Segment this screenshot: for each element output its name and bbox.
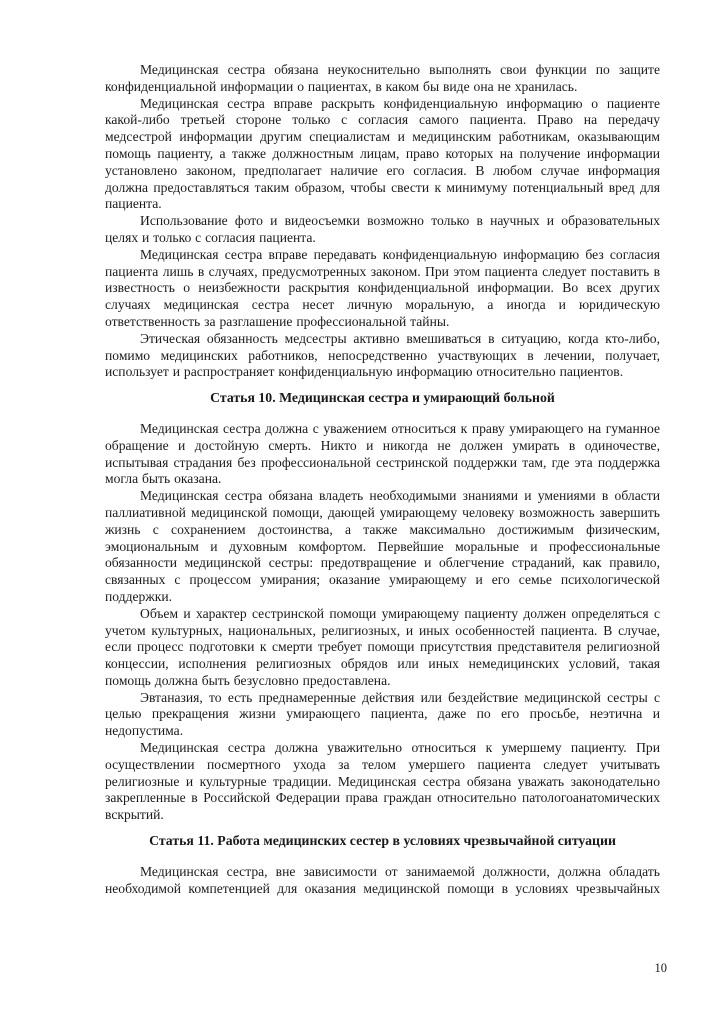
page-number: 10	[655, 961, 668, 976]
paragraph: Медицинская сестра должна уважительно от…	[105, 740, 660, 824]
document-page: Медицинская сестра обязана неукоснительн…	[0, 0, 724, 1024]
paragraph: Медицинская сестра, вне зависимости от з…	[105, 864, 660, 898]
document-body: Медицинская сестра обязана неукоснительн…	[105, 62, 660, 897]
paragraph: Медицинская сестра вправе раскрыть конфи…	[105, 96, 660, 214]
paragraph: Эвтаназия, то есть преднамеренные действ…	[105, 690, 660, 740]
paragraph: Медицинская сестра вправе передавать кон…	[105, 247, 660, 331]
paragraph: Медицинская сестра должна с уважением от…	[105, 421, 660, 488]
paragraph: Объем и характер сестринской помощи умир…	[105, 606, 660, 690]
paragraph: Медицинская сестра обязана неукоснительн…	[105, 62, 660, 96]
paragraph: Этическая обязанность медсестры активно …	[105, 331, 660, 381]
paragraph: Использование фото и видеосъемки возможн…	[105, 213, 660, 247]
article-10-heading: Статья 10. Медицинская сестра и умирающи…	[105, 390, 660, 407]
paragraph: Медицинская сестра обязана владеть необх…	[105, 488, 660, 606]
article-11-heading: Статья 11. Работа медицинских сестер в у…	[105, 833, 660, 850]
